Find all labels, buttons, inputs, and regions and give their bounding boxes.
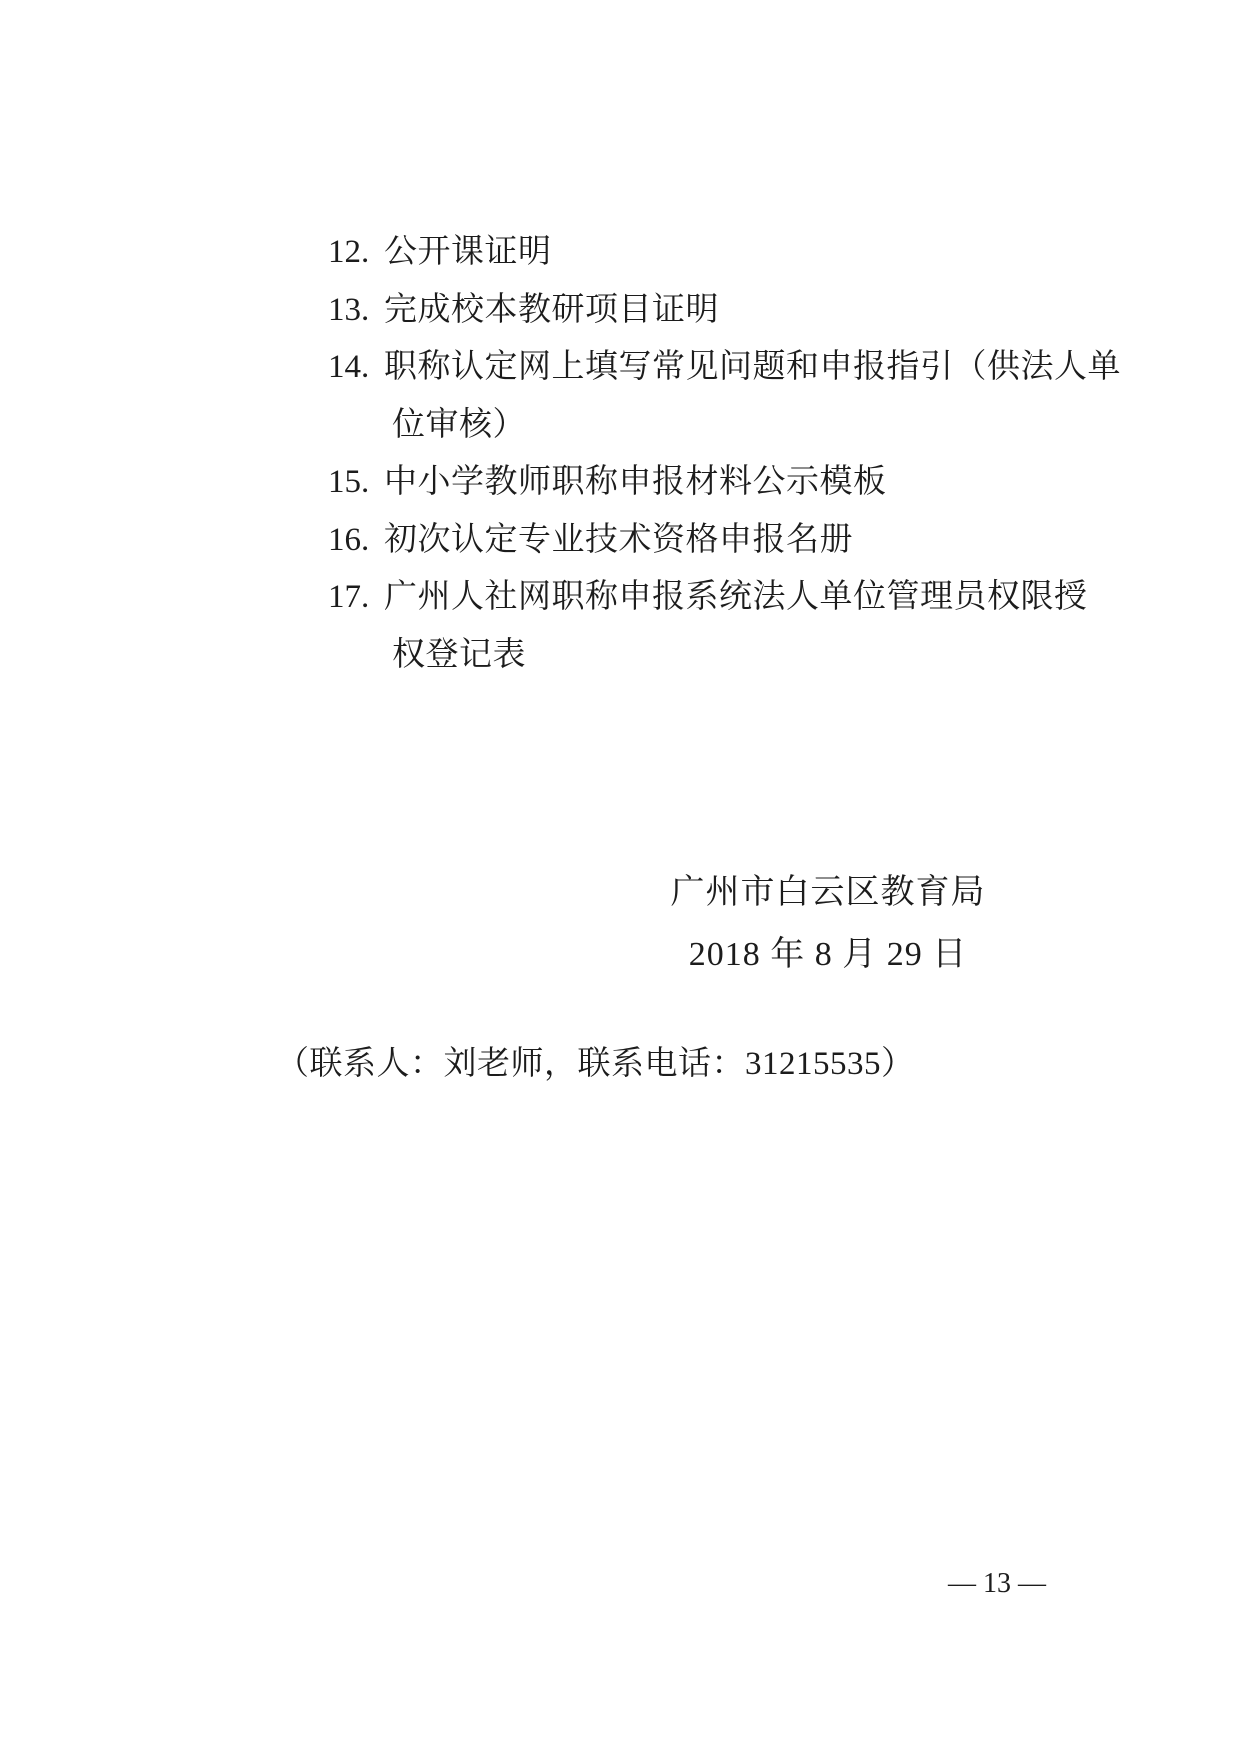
item-text: 初次认定专业技术资格申报名册	[384, 522, 853, 558]
list-item-15: 15.中小学教师职称申报材料公示模板	[328, 454, 1121, 512]
item-number: 12.	[328, 224, 384, 282]
document-page: 12.公开课证明 13.完成校本教研项目证明 14.职称认定网上填写常见问题和申…	[0, 0, 1240, 1753]
item-number: 16.	[328, 512, 384, 570]
item-text-continuation: 权登记表	[392, 627, 1121, 685]
list-item-14: 14.职称认定网上填写常见问题和申报指引（供法人单 位审核）	[328, 339, 1121, 454]
list-line: 15.中小学教师职称申报材料公示模板	[328, 454, 1121, 512]
item-number: 14.	[328, 339, 384, 397]
item-text: 广州人社网职称申报系统法人单位管理员权限授	[384, 579, 1088, 615]
page-number: — 13 —	[897, 1564, 1097, 1604]
list-line: 16.初次认定专业技术资格申报名册	[328, 512, 1121, 570]
list-item-17: 17.广州人社网职称申报系统法人单位管理员权限授 权登记表	[328, 569, 1121, 684]
issuing-authority: 广州市白云区教育局	[598, 862, 1058, 924]
attachment-list: 12.公开课证明 13.完成校本教研项目证明 14.职称认定网上填写常见问题和申…	[328, 224, 1121, 684]
item-text: 公开课证明	[384, 234, 552, 270]
issue-date: 2018 年 8 月 29 日	[598, 924, 1058, 986]
signature-block: 广州市白云区教育局 2018 年 8 月 29 日	[598, 862, 1058, 986]
item-number: 15.	[328, 454, 384, 512]
list-item-16: 16.初次认定专业技术资格申报名册	[328, 512, 1121, 570]
item-number: 13.	[328, 282, 384, 340]
list-line: 17.广州人社网职称申报系统法人单位管理员权限授	[328, 569, 1121, 627]
item-text: 职称认定网上填写常见问题和申报指引（供法人单	[384, 349, 1121, 385]
item-text: 完成校本教研项目证明	[384, 292, 719, 328]
list-item-12: 12.公开课证明	[328, 224, 1121, 282]
list-item-13: 13.完成校本教研项目证明	[328, 282, 1121, 340]
item-number: 17.	[328, 569, 384, 627]
list-line: 13.完成校本教研项目证明	[328, 282, 1121, 340]
item-text: 中小学教师职称申报材料公示模板	[384, 464, 887, 500]
item-text-continuation: 位审核）	[392, 397, 1121, 455]
list-line: 12.公开课证明	[328, 224, 1121, 282]
contact-note: （联系人：刘老师，联系电话：31215535）	[276, 1040, 915, 1088]
list-line: 14.职称认定网上填写常见问题和申报指引（供法人单	[328, 339, 1121, 397]
